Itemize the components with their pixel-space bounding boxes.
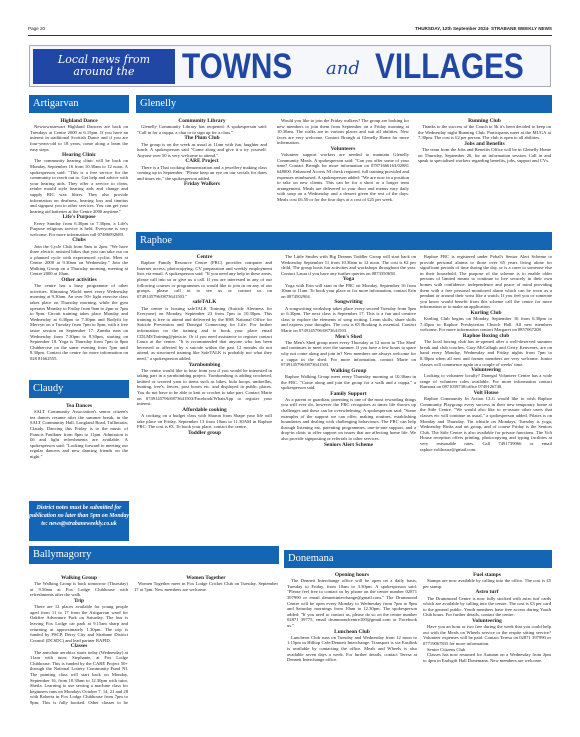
article-text: The local boxing club has re-opened afte… bbox=[420, 339, 552, 367]
section-title-ballymagorry: Ballymagorry bbox=[29, 546, 279, 564]
district-notes-notice: District notes must be submitted for pub… bbox=[29, 501, 129, 541]
article-text: The group is on the week as usual at 11a… bbox=[137, 142, 267, 159]
page-header: Page 20 THURSDAY, 12th September 2024- S… bbox=[28, 26, 552, 36]
article-text: Glenelly Community Library has reopened.… bbox=[137, 124, 267, 135]
article-text: The community hearing clinic will be bac… bbox=[30, 158, 128, 214]
article-text: Women Together meet in Fox Lodge Cricket… bbox=[134, 581, 278, 592]
raphoe-column-1: Centre Raphoe Family Resource Centre (FR… bbox=[137, 254, 272, 544]
article-text: Would you like to join the Friday walker… bbox=[277, 118, 409, 146]
heading: Toddler group bbox=[137, 430, 272, 436]
article-text: Volunteer support workers are needed to … bbox=[277, 152, 409, 202]
article-text: Every Sunday from 6.30pm to 7.30pm, a Li… bbox=[30, 221, 128, 238]
article-text: Have you an hour or two free during the … bbox=[423, 624, 551, 646]
article-text: The Little Smiles with Big Dreams Toddle… bbox=[281, 254, 416, 276]
article-text: A cooking on a budget class with Sharon … bbox=[137, 413, 272, 430]
raphoe-column-2: The Little Smiles with Big Dreams Toddle… bbox=[281, 254, 416, 544]
article-text: There is a Thai cooking demonstration an… bbox=[137, 165, 267, 182]
dateline: THURSDAY, 12th September 2024- STRABANE … bbox=[415, 26, 552, 31]
article-text: Kurling Club begins on Monday, September… bbox=[420, 316, 552, 333]
glenelly-column-3: Running Club Thanks to the success of th… bbox=[418, 118, 551, 228]
article-text: The centre would like to hear from you i… bbox=[137, 368, 272, 407]
section-title-claudy: Claudy bbox=[29, 380, 129, 398]
article-text: The team from the Jobs and Benefits Offi… bbox=[418, 147, 551, 164]
article-text: Raphoe Family Resource Centre (FRC) prov… bbox=[137, 260, 272, 299]
article-text: The Men's Shed group meet every Thursday… bbox=[281, 340, 416, 368]
section-title-glenelly: Glenelly bbox=[136, 95, 552, 113]
raphoe-column-3: Raphoe FRC is registered under Pobal's S… bbox=[420, 254, 552, 544]
donemana-column-2: Fuel stamps Stamps are now available by … bbox=[423, 572, 551, 702]
banner-subtitle: Local news from around the bbox=[33, 49, 175, 84]
article-text: A songwriting workshop takes place every… bbox=[281, 306, 416, 334]
page-number: Page 20 bbox=[28, 26, 45, 31]
article-text: There are 12 places available for young … bbox=[30, 604, 128, 643]
article-text: Raphoe Walking Group meet every Thursday… bbox=[281, 374, 416, 391]
article-text: Yoga with Erin will start in the FRC on … bbox=[281, 283, 416, 300]
banner-towns: TOWNS bbox=[182, 48, 292, 86]
banner-line-2: around the bbox=[33, 66, 175, 78]
article-text: Raphoe FRC is registered under Pobal's S… bbox=[420, 254, 552, 310]
ballymagorry-column-1: Walking Group The Walking Group is back … bbox=[30, 575, 128, 705]
article-text: The centre is hosting safeTALK Training … bbox=[137, 306, 272, 362]
claudy-column: Tea Dances SALT Community Association's … bbox=[30, 403, 128, 497]
article-text: Stamps are now available by calling into… bbox=[423, 578, 551, 589]
article-text: Newtownstewart Highland Dancers are back… bbox=[30, 124, 128, 152]
section-title-raphoe: Raphoe bbox=[136, 232, 552, 250]
article-text: As a parent or guardian, parenting is on… bbox=[281, 397, 416, 442]
article-text: Looking to volunteer locally? Donegal Vo… bbox=[420, 373, 552, 390]
banner-villages: VILLAGES bbox=[375, 48, 524, 86]
heading: Seniors Alert Scheme bbox=[281, 442, 416, 448]
article-text: SALT Community Association's senior citi… bbox=[30, 409, 128, 459]
article-text: Thanks to the success of the Couch to 5k… bbox=[418, 124, 551, 141]
heading: Friday Walkers bbox=[137, 181, 267, 187]
section-title-donemana: Donemana bbox=[284, 550, 552, 568]
glenelly-column-1: Community Library Glenelly Community Lib… bbox=[137, 118, 267, 228]
article-text: The Walking Group is back tomorrow (Thur… bbox=[30, 581, 128, 598]
article-text: The centre has a busy programme of other… bbox=[30, 283, 128, 361]
section-title-artigarvan: Artigarvan bbox=[29, 95, 129, 113]
article-text: Luncheon Club runs on Tuesday and Wednes… bbox=[287, 635, 417, 663]
donemana-column-1: Opening hours The Dennett Interchange of… bbox=[287, 572, 417, 702]
article-text: The Drummond Centre is now fully stocked… bbox=[423, 596, 551, 618]
article-text: The armchair aerobics starts today (Wedn… bbox=[30, 650, 128, 705]
article-text: Raphoe Community In Action CLG would lik… bbox=[420, 396, 552, 452]
artigarvan-column: Highland Dance Newtownstewart Highland D… bbox=[30, 118, 128, 376]
towns-villages-banner: Local news from around the TOWNS and VIL… bbox=[29, 45, 551, 87]
ballymagorry-column-2: Women Together Women Together meet in Fo… bbox=[134, 575, 278, 675]
article-text: Classes has now resumed for Autumn on a … bbox=[423, 652, 551, 663]
article-text: The Dennett Interchange office will be o… bbox=[287, 578, 417, 628]
glenelly-column-2: Would you like to join the Friday walker… bbox=[277, 118, 409, 228]
article-text: Join the Cycle Club from 9am to 2pm. "We… bbox=[30, 244, 128, 278]
banner-and: and bbox=[326, 58, 360, 79]
